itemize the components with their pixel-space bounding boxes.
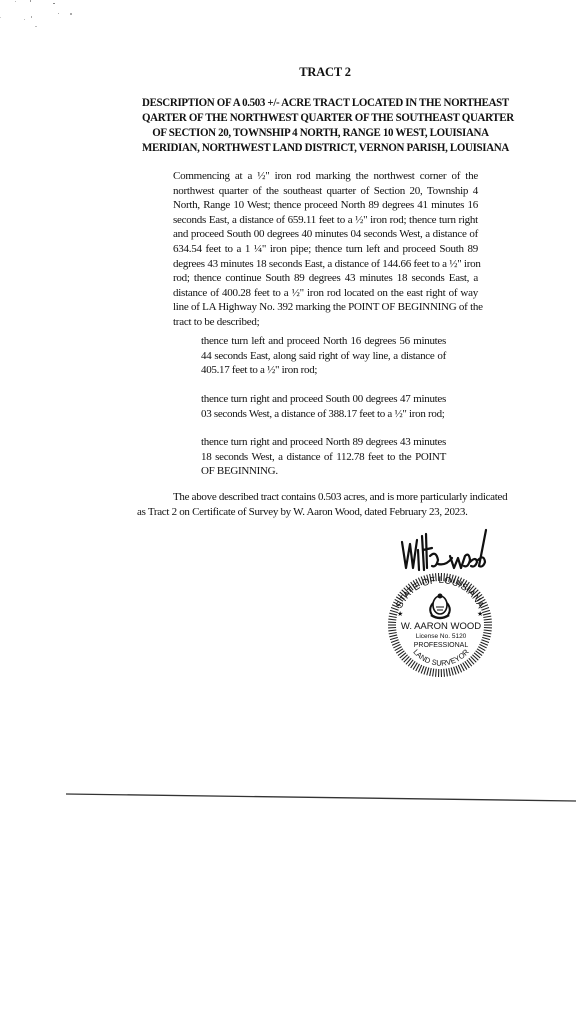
signature bbox=[402, 530, 486, 570]
paragraph-line: thence turn right and proceed North 89 d… bbox=[201, 435, 446, 450]
document-title: TRACT 2 bbox=[0, 65, 576, 80]
seal-top-arc-text: STATE OF LOUISIANA bbox=[394, 575, 486, 611]
heading-line: OF SECTION 20, TOWNSHIP 4 NORTH, RANGE 1… bbox=[142, 126, 499, 141]
paragraph-line: tract to be described; bbox=[173, 315, 478, 330]
summary-paragraph: The above described tract contains 0.503… bbox=[137, 490, 505, 519]
heading-line: QARTER OF THE NORTHWEST QUARTER OF THE S… bbox=[142, 111, 499, 126]
star-icon: ★ bbox=[477, 610, 483, 618]
paragraph-line: rod; thence continue South 89 degrees 43… bbox=[173, 271, 478, 286]
paragraph-line: OF BEGINNING. bbox=[201, 464, 446, 479]
paragraph-line: 44 seconds East, along said right of way… bbox=[201, 349, 446, 364]
pelican-emblem-icon bbox=[430, 594, 450, 619]
paragraph-line: line of LA Highway No. 392 marking the P… bbox=[173, 300, 478, 315]
paragraph-line: Commencing at a ½" iron rod marking the … bbox=[173, 169, 478, 184]
paragraph-line: 18 seconds West, a distance of 112.78 fe… bbox=[201, 450, 446, 465]
paragraph-line: distance of 400.28 feet to a ½" iron rod… bbox=[173, 286, 478, 301]
paragraph-line: thence turn right and proceed South 00 d… bbox=[201, 392, 446, 407]
call-paragraph-3: thence turn right and proceed North 89 d… bbox=[201, 435, 446, 479]
commencing-paragraph: Commencing at a ½" iron rod marking the … bbox=[173, 169, 478, 330]
paragraph-line: The above described tract contains 0.503… bbox=[137, 490, 505, 505]
paragraph-line: 405.17 feet to a ½" iron rod; bbox=[201, 363, 446, 378]
star-icon: ★ bbox=[397, 610, 403, 618]
heading-line: MERIDIAN, NORTHWEST LAND DISTRICT, VERNO… bbox=[142, 141, 499, 156]
seal-bottom-arc-text: LAND SURVEYOR bbox=[411, 647, 471, 668]
paragraph-line: thence turn left and proceed North 16 de… bbox=[201, 334, 446, 349]
paragraph-line: and proceed South 00 degrees 40 minutes … bbox=[173, 227, 478, 242]
paragraph-line: 634.54 feet to a 1 ¼" iron pipe; thence … bbox=[173, 242, 478, 257]
surveyor-seal-block: STATE OF LOUISIANA ★ ★ W. AARON WOOD Lic… bbox=[380, 520, 505, 690]
paragraph-line: northwest quarter of the southeast quart… bbox=[173, 184, 478, 199]
tract-description-heading: DESCRIPTION OF A 0.503 +/- ACRE TRACT LO… bbox=[142, 96, 499, 156]
call-paragraph-1: thence turn left and proceed North 16 de… bbox=[201, 334, 446, 378]
call-paragraph-2: thence turn right and proceed South 00 d… bbox=[201, 392, 446, 421]
seal-license: License No. 5120 bbox=[416, 633, 467, 640]
heading-line: DESCRIPTION OF A 0.503 +/- ACRE TRACT LO… bbox=[142, 96, 499, 111]
seal-profession: PROFESSIONAL bbox=[414, 642, 469, 649]
seal-name: W. AARON WOOD bbox=[401, 621, 481, 632]
paragraph-line: seconds East, a distance of 659.11 feet … bbox=[173, 213, 478, 228]
paragraph-line: as Tract 2 on Certificate of Survey by W… bbox=[137, 505, 505, 520]
paragraph-line: North, Range 10 West; thence proceed Nor… bbox=[173, 198, 478, 213]
scan-specks bbox=[0, 0, 120, 40]
paragraph-line: degrees 43 minutes 18 seconds East, a di… bbox=[173, 257, 478, 272]
paragraph-line: 03 seconds West, a distance of 388.17 fe… bbox=[201, 407, 446, 422]
